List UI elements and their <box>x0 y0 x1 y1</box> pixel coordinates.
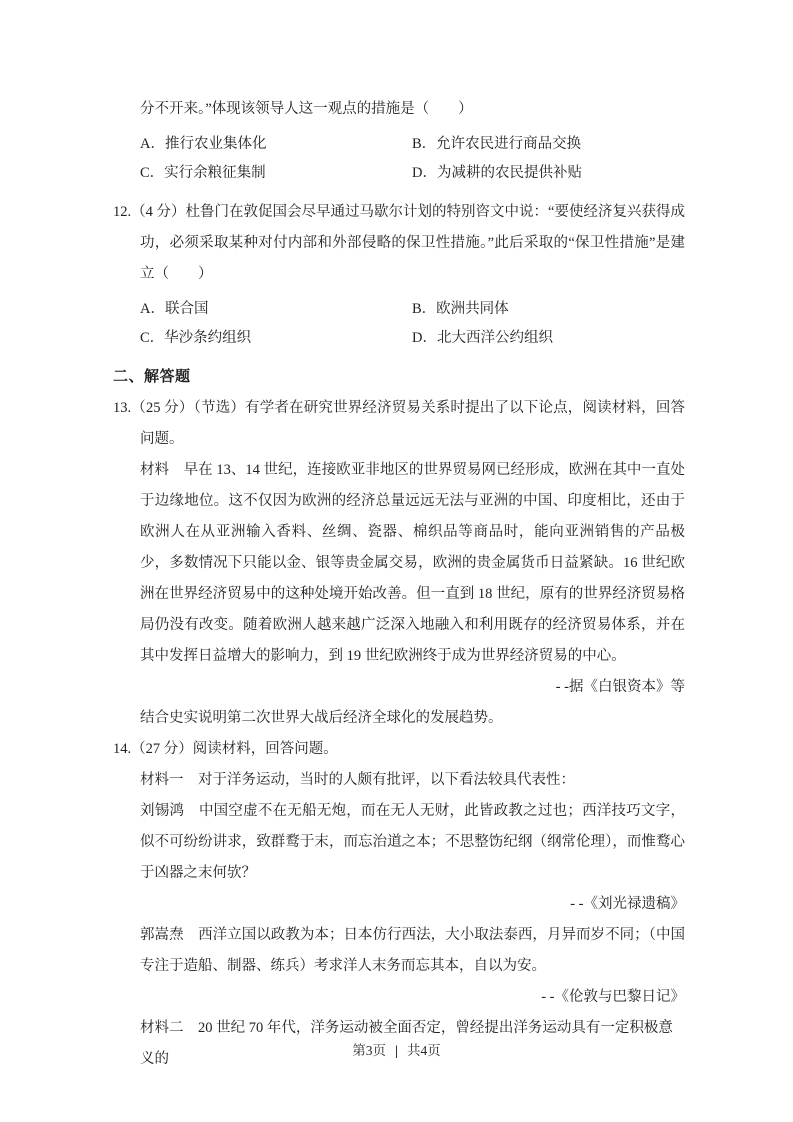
q14-stem: 14.（27 分）阅读材料，回答问题。 <box>113 734 685 765</box>
q13-stem: 13.（25 分）（节选）有学者在研究世界经济贸易关系时提出了以下论点，阅读材料… <box>113 393 685 455</box>
q14-citation-2: - -《伦敦与巴黎日记》 <box>113 982 685 1013</box>
footer-total-pages: 共4页 <box>407 1043 441 1058</box>
q13-citation: - -据《白银资本》等 <box>113 672 685 703</box>
q11-option-a: A．推行农业集体化 <box>140 130 412 159</box>
q13-material: 材料 早在 13、14 世纪，连接欧亚非地区的世界贸易网已经形成，欧洲在其中一直… <box>140 455 685 672</box>
exam-page: 分不开来。”体现该领导人这一观点的措施是（ ） A．推行农业集体化 B．允许农民… <box>0 0 793 1122</box>
q12-options-row-2: C．华沙条约组织 D．北大西洋公约组织 <box>140 324 685 353</box>
q11-option-b: B．允许农民进行商品交换 <box>412 130 685 159</box>
footer-separator: | <box>395 1043 398 1058</box>
q11-options-row-2: C．实行余粮征集制 D．为减耕的农民提供补贴 <box>140 159 685 188</box>
q12-options-row-1: A．联合国 B．欧洲共同体 <box>140 295 685 324</box>
q11-option-c: C．实行余粮征集制 <box>140 159 412 188</box>
q11-stem-tail: 分不开来。”体现该领导人这一观点的措施是（ ） <box>140 94 685 125</box>
q12-option-b: B．欧洲共同体 <box>412 295 685 324</box>
section-title: 二、解答题 <box>113 362 685 393</box>
q12-option-d: D．北大西洋公约组织 <box>412 324 685 353</box>
page-footer: 第3页|共4页 <box>0 1041 793 1061</box>
exam-content: 分不开来。”体现该领导人这一观点的措施是（ ） A．推行农业集体化 B．允许农民… <box>113 94 685 1075</box>
q12-option-a: A．联合国 <box>140 295 412 324</box>
q13-task: 结合史实说明第二次世界大战后经济全球化的发展趋势。 <box>140 703 685 734</box>
q14-liu-xihong-view: 刘锡鸿 中国空虚不在无船无炮，而在无人无财，此皆政教之过也；西洋技巧文字，似不可… <box>140 796 685 889</box>
q14-material1-lead: 材料一 对于洋务运动，当时的人颇有批评，以下看法较具代表性： <box>140 765 685 796</box>
q12-stem: 12.（4 分）杜鲁门在敦促国会尽早通过马歇尔计划的特别咨文中说：“要使经济复兴… <box>113 197 685 290</box>
footer-page-number: 第3页 <box>352 1043 386 1058</box>
q14-guo-songtao-view: 郭嵩焘 西洋立国以政教为本；日本仿行西法，大小取法泰西，月异而岁不同；（中国专注… <box>140 920 685 982</box>
q14-citation-1: - -《刘光禄遗稿》 <box>113 889 685 920</box>
q11-option-d: D．为减耕的农民提供补贴 <box>412 159 685 188</box>
q11-options-row-1: A．推行农业集体化 B．允许农民进行商品交换 <box>140 130 685 159</box>
q12-option-c: C．华沙条约组织 <box>140 324 412 353</box>
